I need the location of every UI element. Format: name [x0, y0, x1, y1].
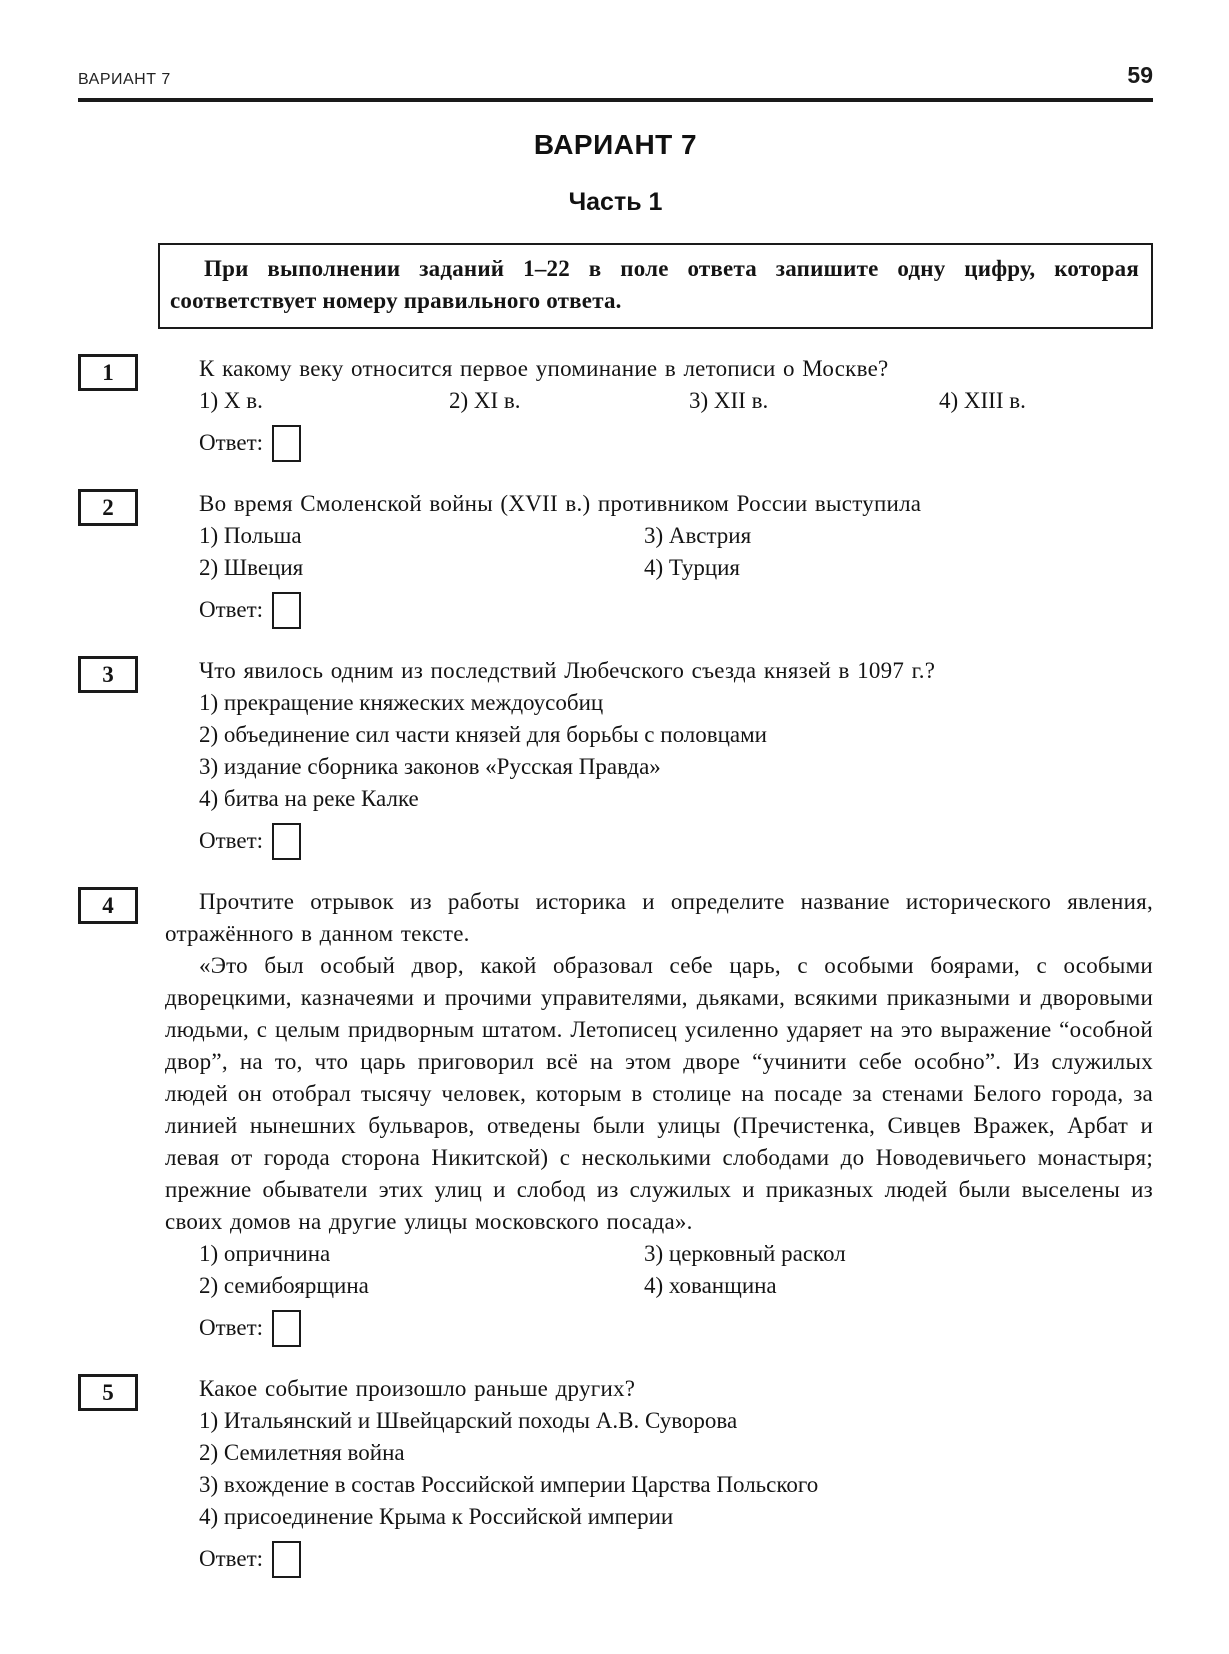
question-text: Прочтите отрывок из работы историка и оп…	[165, 886, 1153, 950]
options-list: 1) Итальянский и Швейцарский походы А.В.…	[165, 1405, 1153, 1533]
answer-label: Ответ:	[199, 825, 263, 857]
option-2: 2) XI в.	[449, 385, 689, 417]
answer-label: Ответ:	[199, 427, 263, 459]
question-3-body: Что явилось одним из последствий Любечск…	[165, 655, 1153, 862]
option-2: 2) Швеция	[199, 552, 644, 584]
option-1: 1) Итальянский и Швейцарский походы А.В.…	[199, 1405, 1153, 1437]
question-number-badge: 3	[78, 656, 138, 693]
answer-row: Ответ:	[165, 1307, 1153, 1349]
option-1: 1) прекращение княжеских междоусобиц	[199, 687, 1153, 719]
question-3: 3 Что явилось одним из последствий Любеч…	[78, 655, 1153, 862]
option-1: 1) X в.	[199, 385, 449, 417]
option-1: 1) Польша	[199, 520, 644, 552]
option-3: 3) церковный раскол	[644, 1238, 1153, 1270]
options-list: 1) прекращение княжеских междоусобиц 2) …	[165, 687, 1153, 815]
page-header: ВАРИАНТ 7 59	[78, 62, 1153, 102]
question-1-body: К какому веку относится первое упоминани…	[165, 353, 1153, 464]
option-1: 1) опричнина	[199, 1238, 644, 1270]
answer-label: Ответ:	[199, 1543, 263, 1575]
question-3-badge-col: 3	[78, 655, 165, 862]
option-2: 2) Семилетняя война	[199, 1437, 1153, 1469]
question-number-badge: 5	[78, 1374, 138, 1411]
question-2-body: Во время Смоленской войны (XVII в.) прот…	[165, 488, 1153, 631]
answer-row: Ответ:	[165, 422, 1153, 464]
option-2: 2) семибоярщина	[199, 1270, 644, 1302]
page-number: 59	[1127, 62, 1153, 89]
answer-input-box[interactable]	[272, 1310, 301, 1347]
answer-label: Ответ:	[199, 594, 263, 626]
question-5: 5 Какое событие произошло раньше других?…	[78, 1373, 1153, 1580]
instruction-text: При выполнении заданий 1–22 в поле ответ…	[170, 253, 1139, 317]
answer-row: Ответ:	[165, 1538, 1153, 1580]
answer-input-box[interactable]	[272, 425, 301, 462]
option-2: 2) объединение сил части князей для борь…	[199, 719, 1153, 751]
option-4: 4) хованщина	[644, 1270, 1153, 1302]
option-3: 3) издание сборника законов «Русская Пра…	[199, 751, 1153, 783]
question-5-body: Какое событие произошло раньше других? 1…	[165, 1373, 1153, 1580]
answer-row: Ответ:	[165, 589, 1153, 631]
answer-row: Ответ:	[165, 820, 1153, 862]
option-3: 3) XII в.	[689, 385, 939, 417]
answer-input-box[interactable]	[272, 592, 301, 629]
option-3: 3) Австрия	[644, 520, 1153, 552]
question-5-badge-col: 5	[78, 1373, 165, 1580]
option-4: 4) присоединение Крыма к Российской импе…	[199, 1501, 1153, 1533]
question-4-badge-col: 4	[78, 886, 165, 1349]
question-4: 4 Прочтите отрывок из работы историка и …	[78, 886, 1153, 1349]
question-number-badge: 1	[78, 354, 138, 391]
question-2-badge-col: 2	[78, 488, 165, 631]
question-1-badge-col: 1	[78, 353, 165, 464]
question-number-badge: 2	[78, 489, 138, 526]
question-number-badge: 4	[78, 887, 138, 924]
question-1: 1 К какому веку относится первое упомина…	[78, 353, 1153, 464]
question-text: К какому веку относится первое упоминани…	[165, 353, 1153, 385]
options-list: 1) X в. 2) XI в. 3) XII в. 4) XIII в.	[165, 385, 1153, 417]
variant-title: ВАРИАНТ 7	[78, 129, 1153, 161]
question-text: Что явилось одним из последствий Любечск…	[165, 655, 1153, 687]
option-4: 4) XIII в.	[939, 385, 1153, 417]
answer-input-box[interactable]	[272, 823, 301, 860]
part-title: Часть 1	[78, 188, 1153, 217]
question-2: 2 Во время Смоленской войны (XVII в.) пр…	[78, 488, 1153, 631]
question-text: Какое событие произошло раньше других?	[165, 1373, 1153, 1405]
answer-input-box[interactable]	[272, 1541, 301, 1578]
instruction-box: При выполнении заданий 1–22 в поле ответ…	[158, 243, 1153, 329]
option-3: 3) вхождение в состав Российской империи…	[199, 1469, 1153, 1501]
question-4-body: Прочтите отрывок из работы историка и оп…	[165, 886, 1153, 1349]
exam-page: ВАРИАНТ 7 59 ВАРИАНТ 7 Часть 1 При выпол…	[0, 0, 1229, 1654]
question-text: Во время Смоленской войны (XVII в.) прот…	[165, 488, 1153, 520]
option-4: 4) битва на реке Калке	[199, 783, 1153, 815]
option-4: 4) Турция	[644, 552, 1153, 584]
options-list: 1) опричнина 3) церковный раскол 2) семи…	[165, 1238, 1153, 1302]
options-list: 1) Польша 3) Австрия 2) Швеция 4) Турция	[165, 520, 1153, 584]
question-passage: «Это был особый двор, какой образовал се…	[165, 950, 1153, 1238]
answer-label: Ответ:	[199, 1312, 263, 1344]
running-head: ВАРИАНТ 7	[78, 71, 171, 89]
